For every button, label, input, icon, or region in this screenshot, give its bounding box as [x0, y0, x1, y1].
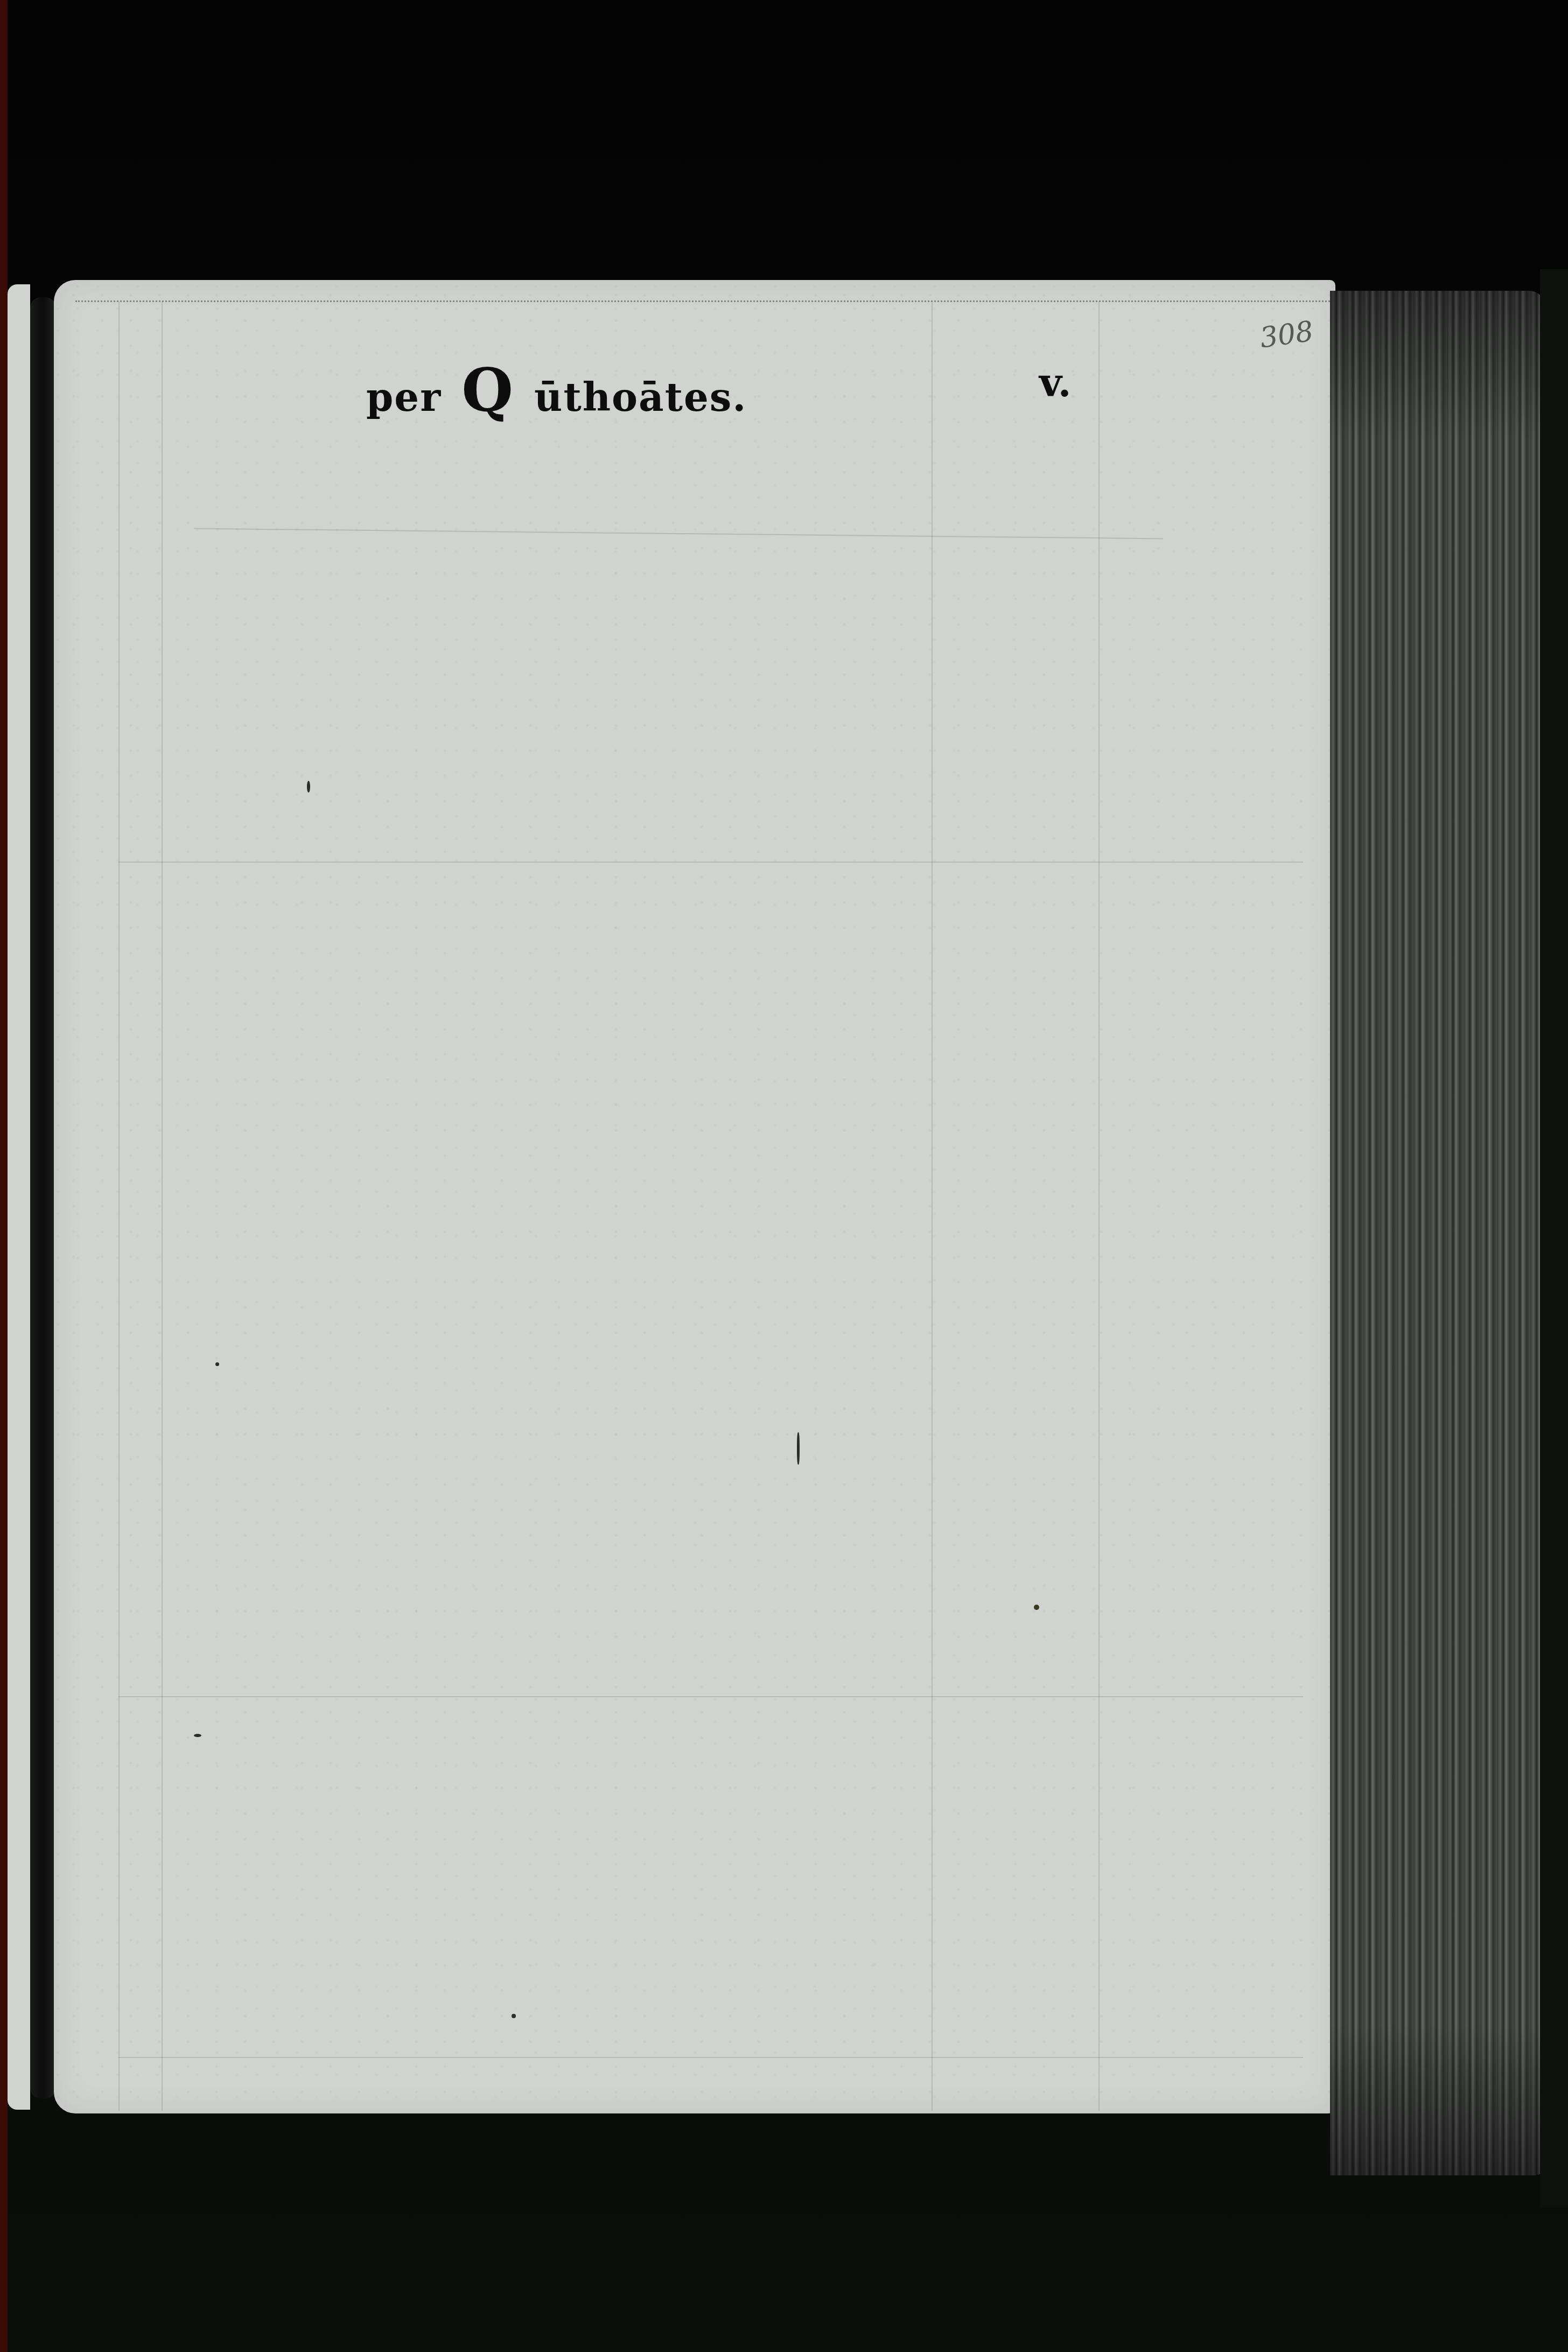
- pencil-folio-number: 308: [1258, 315, 1315, 354]
- text-block-fore-edge: [1330, 291, 1545, 2175]
- binding-board-edge: [1540, 269, 1568, 2208]
- book-page: per Q ūthoātes. v. 308: [54, 280, 1335, 2113]
- running-head-prefix: per: [366, 374, 442, 420]
- book-gutter: [30, 297, 56, 2098]
- folio-marker: v.: [1039, 360, 1072, 405]
- paper-speck: [307, 781, 310, 793]
- paper-speck: [797, 1432, 800, 1465]
- running-head-suffix: ūthoātes.: [534, 374, 747, 420]
- paper-speck: [512, 2014, 516, 2018]
- margin-rule-left-inner: [162, 302, 163, 2111]
- paper-speck: [1034, 1605, 1039, 1610]
- running-head-initial: Q: [461, 355, 514, 425]
- column-rule-right: [1098, 302, 1100, 2111]
- ruling-line-upper: [194, 528, 1163, 540]
- top-ruling-line: [75, 300, 1330, 302]
- facing-page-sliver: [8, 284, 30, 2110]
- ruling-line: [118, 862, 1303, 863]
- margin-rule-left-outer: [118, 302, 120, 2111]
- paper-speck: [194, 1734, 201, 1737]
- column-rule-middle: [932, 302, 933, 2111]
- ruling-line: [118, 1696, 1303, 1697]
- paper-speck: [215, 1362, 219, 1366]
- running-head: per Q ūthoātes.: [366, 355, 747, 425]
- adjacent-volume-red-edge: [0, 0, 8, 2352]
- ruling-line-lower: [118, 2057, 1303, 2058]
